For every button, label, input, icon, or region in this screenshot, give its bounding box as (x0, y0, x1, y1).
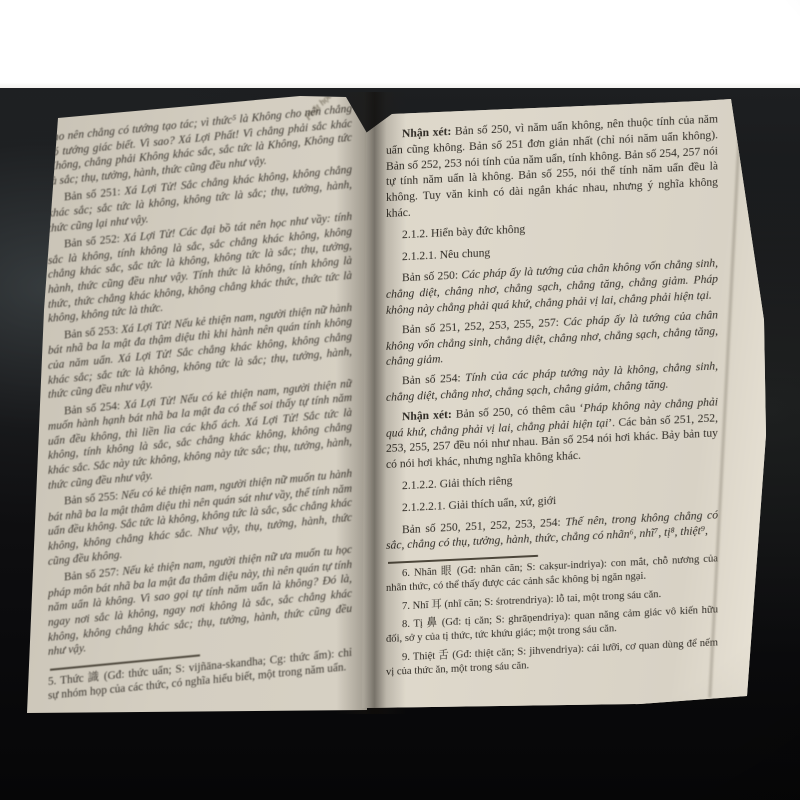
paragraph-remark: Nhận xét: Bản số 250, có thêm câu ‘Pháp … (386, 394, 718, 473)
paragraph-remark: Nhận xét: Bản số 250, vì năm uẩn không, … (386, 111, 718, 221)
right-footnote-block: 6. Nhãn 眼 (Gđ: nhãn căn; S: cakṣur-indri… (386, 546, 718, 680)
left-page-content: 120 cho nên chẳng có tướng tạo tác; vì t… (48, 81, 352, 707)
book-photo-scene: Phật học 120 cho nên chẳng có tướng tạo … (0, 0, 800, 800)
left-page-paragraphs: cho nên chẳng có tướng tạo tác; vì thức⁵… (48, 102, 352, 661)
right-page-content: Phật học 121 Nhận xét: Bản số 250, vì nă… (386, 88, 718, 684)
background-light-strip (0, 0, 800, 96)
